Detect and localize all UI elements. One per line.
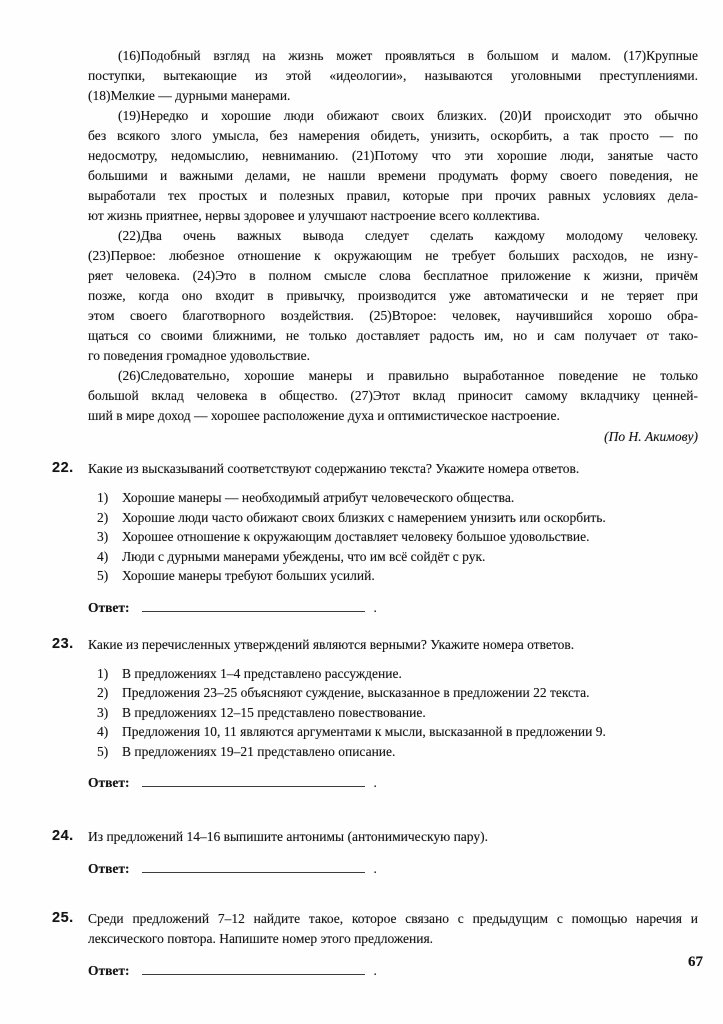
passage-line: (18)Мелкие — дурными манерами.	[88, 86, 698, 106]
option-item: 3) В предложениях 12–15 представлено пов…	[97, 703, 698, 723]
answer-blank-line	[142, 773, 365, 787]
question-22-prompt: Какие из высказываний соответствуют соде…	[88, 459, 698, 479]
passage-paragraph-4: (26)Следовательно, хорошие манеры и прав…	[88, 366, 698, 426]
option-number: 4)	[97, 722, 122, 742]
option-text: Хорошие манеры требуют больших усилий.	[122, 566, 698, 586]
option-item: 5) В предложениях 19–21 представлено опи…	[97, 742, 698, 762]
passage-line: большими и важными делами, не нашли врем…	[88, 166, 698, 186]
option-number: 3)	[97, 703, 122, 723]
answer-period: .	[374, 600, 377, 615]
option-item: 4) Предложения 10, 11 являются аргумента…	[97, 722, 698, 742]
option-number: 1)	[97, 488, 122, 508]
page-content: (16)Подобный взгляд на жизнь может прояв…	[88, 46, 698, 981]
passage-line: большой вклад человека в общество. (27)Э…	[88, 386, 698, 406]
answer-blank-line	[142, 598, 365, 612]
question-24: 24. Из предложений 14–16 выпишите антони…	[88, 827, 698, 879]
option-item: 1) Хорошие манеры — необходимый атрибут …	[97, 488, 698, 508]
passage-line: позже, когда оно входит в привычку, прои…	[88, 286, 698, 306]
option-number: 5)	[97, 566, 122, 586]
option-number: 2)	[97, 683, 122, 703]
passage-line: недосмотру, недомыслию, невниманию. (21)…	[88, 146, 698, 166]
option-number: 3)	[97, 527, 122, 547]
reading-passage: (16)Подобный взгляд на жизнь может прояв…	[88, 46, 698, 447]
answer-row: Ответ:.	[88, 598, 698, 618]
passage-line: (19)Нередко и хорошие люди обижают своих…	[88, 106, 698, 126]
passage-line: (26)Следовательно, хорошие манеры и прав…	[88, 366, 698, 386]
option-item: 1) В предложениях 1–4 представлено рассу…	[97, 664, 698, 684]
passage-line: ряет человека. (24)Это в полном смысле с…	[88, 266, 698, 286]
question-25-prompt: Среди предложений 7–12 найдите такое, ко…	[88, 909, 698, 949]
option-item: 5) Хорошие манеры требуют больших усилий…	[97, 566, 698, 586]
question-22-number: 22.	[52, 460, 74, 476]
passage-line: (16)Подобный взгляд на жизнь может прояв…	[88, 46, 698, 66]
passage-line: (23)Первое: любезное отношение к окружаю…	[88, 246, 698, 266]
answer-row: Ответ:.	[88, 859, 698, 879]
scanned-book-page: (16)Подобный взгляд на жизнь может прояв…	[0, 0, 723, 1024]
option-number: 2)	[97, 508, 122, 528]
option-text: Хорошие люди часто обижают своих близких…	[122, 508, 698, 528]
question-22-options: 1) Хорошие манеры — необходимый атрибут …	[88, 488, 698, 586]
passage-line: ют жизнь приятнее, нервы здоровее и улуч…	[88, 206, 698, 226]
option-item: 3) Хорошее отношение к окружающим достав…	[97, 527, 698, 547]
passage-line: поступки, вытекающие из этой «идеологии»…	[88, 66, 698, 86]
answer-row: Ответ:.	[88, 773, 698, 793]
answer-period: .	[374, 963, 377, 978]
passage-paragraph-3: (22)Два очень важных вывода следует сдел…	[88, 226, 698, 366]
option-number: 4)	[97, 547, 122, 567]
question-23-number: 23.	[52, 636, 74, 652]
option-text: Предложения 23–25 объясняют суждение, вы…	[122, 683, 698, 703]
passage-line: (22)Два очень важных вывода следует сдел…	[88, 226, 698, 246]
question-25: 25. Среди предложений 7–12 найдите такое…	[88, 909, 698, 981]
page-number: 67	[688, 954, 703, 971]
question-24-prompt: Из предложений 14–16 выпишите антонимы (…	[88, 827, 698, 847]
question-24-number: 24.	[52, 828, 74, 844]
option-text: Хорошие манеры — необходимый атрибут чел…	[122, 488, 698, 508]
option-number: 5)	[97, 742, 122, 762]
option-item: 2) Предложения 23–25 объясняют суждение,…	[97, 683, 698, 703]
question-23-options: 1) В предложениях 1–4 представлено рассу…	[88, 664, 698, 762]
answer-blank-line	[142, 961, 365, 975]
option-item: 4) Люди с дурными манерами убеждены, что…	[97, 547, 698, 567]
answer-blank-line	[142, 859, 365, 873]
option-text: Люди с дурными манерами убеждены, что им…	[122, 547, 698, 567]
option-text: В предложениях 12–15 представлено повест…	[122, 703, 698, 723]
passage-paragraph-1: (16)Подобный взгляд на жизнь может прояв…	[88, 46, 698, 106]
passage-line: этом своего благотворного воздействия. (…	[88, 306, 698, 326]
answer-label: Ответ:	[88, 600, 130, 615]
passage-line: щаться со своими ближними, не только дос…	[88, 326, 698, 346]
answer-label: Ответ:	[88, 963, 130, 978]
passage-line: без всякого злого умысла, без намерения …	[88, 126, 698, 146]
answer-label: Ответ:	[88, 775, 130, 790]
option-text: В предложениях 19–21 представлено описан…	[122, 742, 698, 762]
question-22: 22. Какие из высказываний соответствуют …	[88, 459, 698, 618]
question-25-number: 25.	[52, 910, 74, 926]
passage-line: выработали тех простых и полезных правил…	[88, 186, 698, 206]
passage-paragraph-2: (19)Нередко и хорошие люди обижают своих…	[88, 106, 698, 226]
passage-line: го поведения громадное удовольствие.	[88, 346, 698, 366]
option-item: 2) Хорошие люди часто обижают своих близ…	[97, 508, 698, 528]
answer-period: .	[374, 861, 377, 876]
answer-label: Ответ:	[88, 861, 130, 876]
option-number: 1)	[97, 664, 122, 684]
question-23-prompt: Какие из перечисленных утверждений являю…	[88, 635, 698, 655]
option-text: В предложениях 1–4 представлено рассужде…	[122, 664, 698, 684]
answer-row: Ответ:.	[88, 961, 698, 981]
passage-line: ший в мире доход — хорошее расположение …	[88, 406, 698, 426]
option-text: Хорошее отношение к окружающим доставляе…	[122, 527, 698, 547]
question-23: 23. Какие из перечисленных утверждений я…	[88, 635, 698, 794]
answer-period: .	[374, 775, 377, 790]
passage-attribution: (По Н. Акимову)	[88, 427, 698, 447]
option-text: Предложения 10, 11 являются аргументами …	[122, 722, 698, 742]
